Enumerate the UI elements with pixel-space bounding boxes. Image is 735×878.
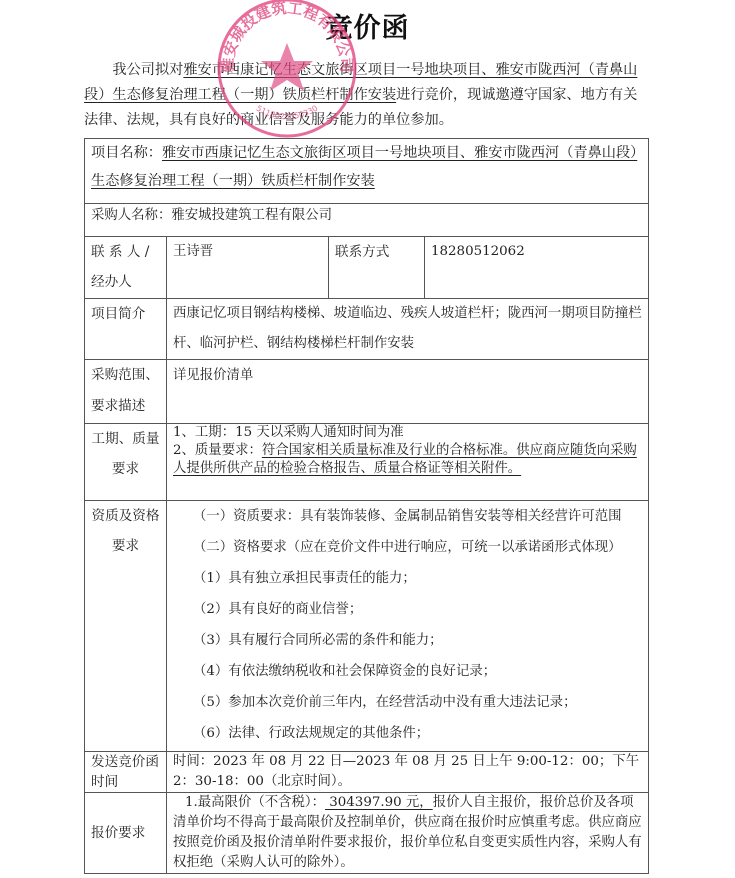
project-intro-label: 项目简介 — [85, 299, 167, 360]
qualification-item: （4）有依法缴纳税收和社会保障资金的良好记录； — [193, 656, 642, 687]
project-name-label: 项目名称： — [91, 145, 162, 161]
row-scope: 采购范围、要求描述 详见报价清单 — [85, 360, 649, 424]
qualification-item: （2）具有良好的商业信誉； — [193, 594, 642, 625]
price-requirement-label: 报价要求 — [85, 793, 167, 874]
buyer-label: 采购人名称： — [91, 208, 171, 223]
qualification-item: （6）法律、行政法规规定的其他条件； — [193, 718, 642, 749]
price-requirement-value: 1.最高限价（不含税）： 304397.90 元，报价人自主报价，报价总价及各项… — [167, 793, 649, 874]
row-send-time: 发送竞价函时间 时间：2023 年 08 月 22 日—2023 年 08 月 … — [85, 752, 649, 793]
project-intro-value: 西康记忆项目钢结构楼梯、坡道临边、残疾人坡道栏杆；陇西河一期项目防撞栏杆、临河护… — [167, 299, 649, 360]
document-page: 竞价函 我公司拟对雅安市西康记忆生态文旅街区项目一号地块项目、雅安市陇西河（青鼻… — [0, 0, 735, 878]
send-time-label: 发送竞价函时间 — [85, 752, 167, 793]
period-line-2: 2、质量要求：符合国家相关质量标准及行业的合格标准。供应商应随货向采购人提供所供… — [173, 442, 642, 478]
price-prefix: 1.最高限价（不含税）： — [173, 795, 325, 810]
buyer-value: 雅安城投建筑工程有限公司 — [171, 208, 332, 223]
row-project-intro: 项目简介 西康记忆项目钢结构楼梯、坡道临边、残疾人坡道栏杆；陇西河一期项目防撞栏… — [85, 299, 649, 360]
send-time-value: 时间：2023 年 08 月 22 日—2023 年 08 月 25 日上午 9… — [167, 752, 649, 793]
qualification-item: （3）具有履行合同所必需的条件和能力； — [193, 625, 642, 656]
row-period-quality: 工期、质量要求 1、工期：15 天以采购人通知时间为准 2、质量要求：符合国家相… — [85, 424, 649, 501]
bid-info-table: 项目名称：雅安市西康记忆生态文旅街区项目一号地块项目、雅安市陇西河（青鼻山段）生… — [84, 138, 649, 874]
period-line-1: 1、工期：15 天以采购人通知时间为准 — [173, 424, 642, 442]
phone-label: 联系方式 — [329, 237, 425, 299]
qualification-value: （一）资质要求：具有装饰装修、金属制品销售安装等相关经营许可范围 （二）资格要求… — [167, 501, 649, 752]
row-project-name: 项目名称：雅安市西康记忆生态文旅街区项目一号地块项目、雅安市陇西河（青鼻山段）生… — [85, 139, 649, 204]
intro-prefix: 我公司拟对 — [112, 62, 183, 78]
row-price-requirement: 报价要求 1.最高限价（不含税）： 304397.90 元，报价人自主报价，报价… — [85, 793, 649, 874]
quality-prefix: 2、质量要求： — [173, 443, 262, 458]
period-value: 1、工期：15 天以采购人通知时间为准 2、质量要求：符合国家相关质量标准及行业… — [167, 424, 649, 501]
price-ceiling-amount: 304397.90 元， — [325, 795, 433, 810]
qualification-label: 资质及资格要求 — [85, 501, 167, 752]
qualification-item: （二）资格要求（应在竞价文件中进行响应，可统一以承诺函形式体现） — [193, 532, 642, 563]
intro-paragraph: 我公司拟对雅安市西康记忆生态文旅街区项目一号地块项目、雅安市陇西河（青鼻山段）生… — [84, 58, 650, 133]
row-contact: 联 系 人 / 经办人 王诗晋 联系方式 18280512062 — [85, 237, 649, 299]
phone-value: 18280512062 — [425, 237, 649, 299]
row-qualification: 资质及资格要求 （一）资质要求：具有装饰装修、金属制品销售安装等相关经营许可范围… — [85, 501, 649, 752]
row-buyer: 采购人名称：雅安城投建筑工程有限公司 — [85, 204, 649, 237]
qualification-item: （1）具有独立承担民事责任的能力； — [193, 563, 642, 594]
period-label: 工期、质量要求 — [85, 424, 167, 501]
contact-value: 王诗晋 — [167, 237, 329, 299]
qualification-item: （5）参加本次竞价前三年内，在经营活动中没有重大违法记录； — [193, 687, 642, 718]
qualification-item: （一）资质要求：具有装饰装修、金属制品销售安装等相关经营许可范围 — [193, 501, 642, 532]
scope-label: 采购范围、要求描述 — [85, 360, 167, 424]
project-name-value: 雅安市西康记忆生态文旅街区项目一号地块项目、雅安市陇西河（青鼻山段）生态修复治理… — [91, 145, 637, 189]
document-title: 竞价函 — [0, 6, 735, 45]
contact-label: 联 系 人 / 经办人 — [85, 237, 167, 299]
scope-value: 详见报价清单 — [167, 360, 649, 424]
